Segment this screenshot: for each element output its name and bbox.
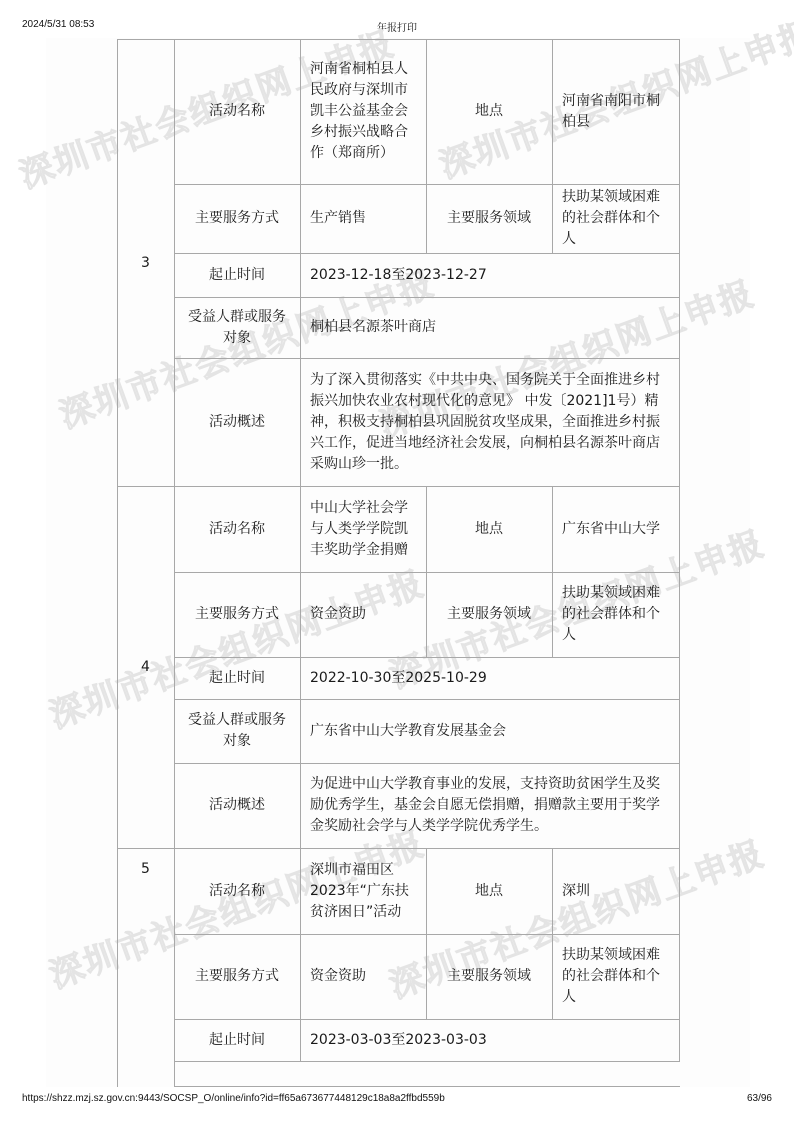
page-url: https://shzz.mzj.sz.gov.cn:9443/SOCSP_O/… xyxy=(22,1093,445,1104)
grid-line xyxy=(174,572,680,573)
label-overview: 活动概述 xyxy=(174,763,300,848)
grid-line xyxy=(174,763,680,764)
grid-line xyxy=(174,1061,680,1062)
label-location: 地点 xyxy=(426,848,552,934)
value-period: 2022-10-30至2025-10-29 xyxy=(300,657,679,699)
value-service-method: 资金资助 xyxy=(300,572,426,657)
grid-line xyxy=(300,848,301,1061)
value-service-method: 资金资助 xyxy=(300,934,426,1019)
label-service-method: 主要服务方式 xyxy=(174,184,300,253)
value-activity-name: 中山大学社会学与人类学学院凯丰奖助学金捐赠 xyxy=(300,486,426,572)
label-activity-name: 活动名称 xyxy=(174,848,300,934)
value-location: 河南省南阳市桐柏县 xyxy=(552,39,679,184)
value-beneficiary: 桐柏县名源茶叶商店 xyxy=(300,297,679,358)
grid-line xyxy=(300,39,301,486)
grid-line xyxy=(174,657,680,658)
label-period: 起止时间 xyxy=(174,253,300,297)
record-index: 5 xyxy=(117,848,174,1087)
label-service-method: 主要服务方式 xyxy=(174,934,300,1019)
label-activity-name: 活动名称 xyxy=(174,39,300,184)
grid-line xyxy=(174,253,680,254)
grid-line xyxy=(174,184,680,185)
label-activity-name: 活动名称 xyxy=(174,486,300,572)
value-activity-name: 河南省桐柏县人民政府与深圳市凯丰公益基金会乡村振兴战略合作（郑商所） xyxy=(300,39,426,184)
grid-line xyxy=(679,39,680,1061)
page-title: 年报打印 xyxy=(0,19,794,34)
grid-line xyxy=(300,486,301,848)
grid-line xyxy=(117,39,118,1087)
label-service-area: 主要服务领域 xyxy=(426,934,552,1019)
grid-line xyxy=(552,39,553,253)
grid-line xyxy=(174,358,680,359)
value-service-method: 生产销售 xyxy=(300,184,426,253)
value-period: 2023-03-03至2023-03-03 xyxy=(300,1019,679,1061)
grid-line xyxy=(426,39,427,253)
grid-line xyxy=(117,486,680,487)
value-location: 深圳 xyxy=(552,848,679,934)
value-service-area: 扶助某领域困难的社会群体和个人 xyxy=(552,184,679,253)
label-beneficiary: 受益人群或服务对象 xyxy=(174,297,300,358)
page-number: 63/96 xyxy=(747,1093,772,1104)
value-service-area: 扶助某领域困难的社会群体和个人 xyxy=(552,572,679,657)
value-service-area: 扶助某领域困难的社会群体和个人 xyxy=(552,934,679,1019)
label-overview: 活动概述 xyxy=(174,358,300,486)
label-location: 地点 xyxy=(426,486,552,572)
grid-line xyxy=(174,1086,680,1087)
grid-line xyxy=(174,934,680,935)
label-service-method: 主要服务方式 xyxy=(174,572,300,657)
label-period: 起止时间 xyxy=(174,1019,300,1061)
grid-line xyxy=(117,848,680,849)
label-service-area: 主要服务领域 xyxy=(426,184,552,253)
record-index: 3 xyxy=(117,39,174,486)
value-activity-name: 深圳市福田区2023年“广东扶贫济困日”活动 xyxy=(300,848,426,934)
value-overview: 为促进中山大学教育事业的发展，支持资助贫困学生及奖励优秀学生，基金会自愿无偿捐赠… xyxy=(300,763,679,848)
value-location: 广东省中山大学 xyxy=(552,486,679,572)
label-beneficiary: 受益人群或服务对象 xyxy=(174,699,300,763)
grid-line xyxy=(117,39,680,40)
label-service-area: 主要服务领域 xyxy=(426,572,552,657)
value-overview: 为了深入贯彻落实《中共中央、国务院关于全面推进乡村振兴加快农业农村现代化的意见》… xyxy=(300,358,679,486)
grid-line xyxy=(174,297,680,298)
label-period: 起止时间 xyxy=(174,657,300,699)
label-location: 地点 xyxy=(426,39,552,184)
grid-line xyxy=(174,39,175,1087)
grid-line xyxy=(174,1019,680,1020)
grid-line xyxy=(174,699,680,700)
record-index: 4 xyxy=(117,486,174,848)
value-beneficiary: 广东省中山大学教育发展基金会 xyxy=(300,699,679,763)
value-period: 2023-12-18至2023-12-27 xyxy=(300,253,679,297)
